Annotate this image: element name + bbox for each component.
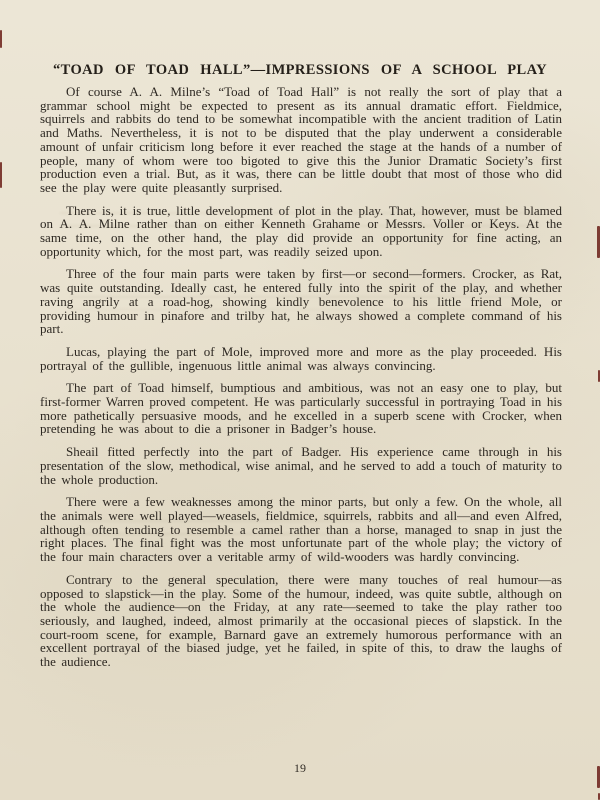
- article-body: Of course A. A. Milne’s “Toad of Toad Ha…: [40, 85, 562, 678]
- article-paragraph: Sheail fitted perfectly into the part of…: [40, 445, 562, 486]
- article-paragraph: There were a few weaknesses among the mi…: [40, 495, 562, 564]
- magazine-page: “TOAD OF TOAD HALL”—IMPRESSIONS OF A SCH…: [0, 0, 600, 800]
- cover-edge-mark: [0, 162, 2, 188]
- article-paragraph: Lucas, playing the part of Mole, improve…: [40, 345, 562, 372]
- cover-edge-mark: [0, 30, 2, 48]
- article-title: “TOAD OF TOAD HALL”—IMPRESSIONS OF A SCH…: [40, 62, 560, 79]
- article-paragraph: Three of the four main parts were taken …: [40, 267, 562, 336]
- article-paragraph: There is, it is true, little development…: [40, 204, 562, 259]
- page-number: 19: [0, 761, 600, 776]
- article-paragraph: Contrary to the general speculation, the…: [40, 573, 562, 669]
- article-paragraph: The part of Toad himself, bumptious and …: [40, 381, 562, 436]
- article-paragraph: Of course A. A. Milne’s “Toad of Toad Ha…: [40, 85, 562, 195]
